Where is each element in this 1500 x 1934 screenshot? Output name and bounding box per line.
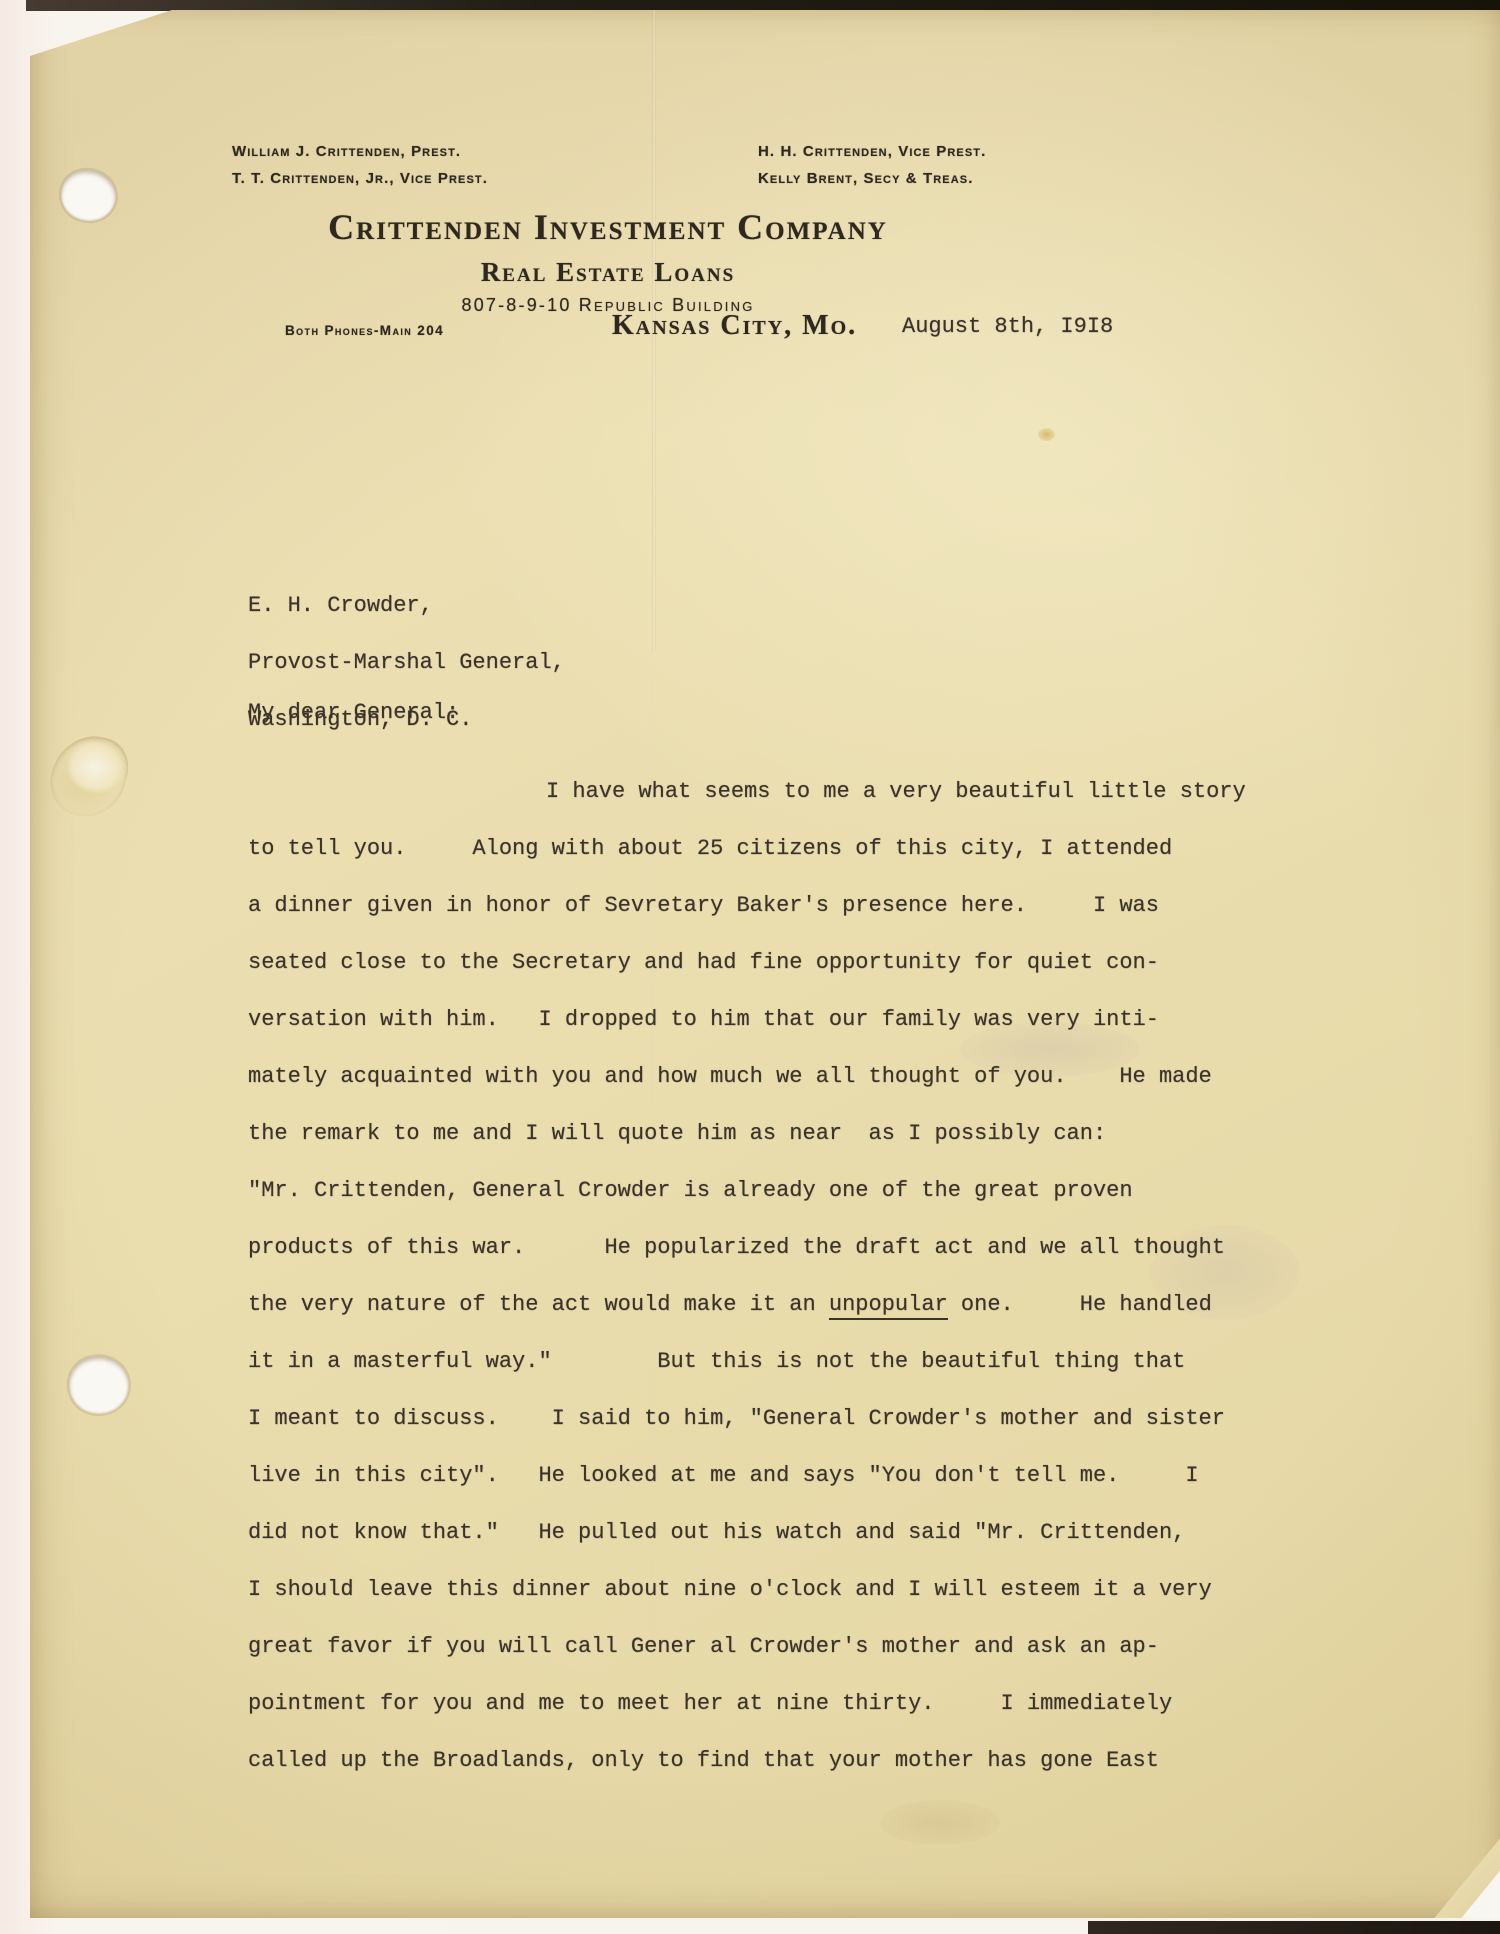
- body-line: I have what seems to me a very beautiful…: [248, 779, 1246, 836]
- typed-date: August 8th, I9I8: [902, 314, 1113, 339]
- letterhead-officers-left: William J. Crittenden, Prest.T. T. Critt…: [232, 138, 488, 192]
- body-line: a dinner given in honor of Sevretary Bak…: [248, 893, 1246, 950]
- officer-line: T. T. Crittenden, Jr., Vice Prest.: [232, 165, 488, 192]
- recipient-line: E. H. Crowder,: [248, 593, 565, 650]
- body-line: I meant to discuss. I said to him, "Gene…: [248, 1406, 1246, 1463]
- city-line: Kansas City, Mo.: [612, 310, 857, 342]
- scanned-letter-page: William J. Crittenden, Prest.T. T. Critt…: [0, 0, 1500, 1934]
- officer-line: H. H. Crittenden, Vice Prest.: [758, 138, 986, 165]
- letter-body: I have what seems to me a very beautiful…: [248, 779, 1246, 1805]
- punch-hole-top: [58, 166, 120, 224]
- officer-line: William J. Crittenden, Prest.: [232, 138, 488, 165]
- body-text: the very nature of the act would make it…: [248, 1292, 829, 1317]
- body-line: great favor if you will call Gener al Cr…: [248, 1634, 1246, 1691]
- body-line: called up the Broadlands, only to find t…: [248, 1748, 1246, 1805]
- officer-line: Kelly Brent, Secy & Treas.: [758, 165, 986, 192]
- body-line: products of this war. He popularized the…: [248, 1235, 1246, 1292]
- body-line: versation with him. I dropped to him tha…: [248, 1007, 1246, 1064]
- punch-hole-bottom: [66, 1353, 132, 1417]
- phones-line: Both Phones-Main 204: [285, 323, 444, 338]
- company-name: Crittenden Investment Company: [298, 206, 918, 248]
- body-line: mately acquainted with you and how much …: [248, 1064, 1246, 1121]
- recipient-block: E. H. Crowder,Provost-Marshal General,Wa…: [248, 543, 565, 807]
- underlined-word: unpopular: [829, 1292, 948, 1320]
- body-text: one. He handled: [948, 1292, 1212, 1317]
- body-line: seated close to the Secretary and had fi…: [248, 950, 1246, 1007]
- body-line: live in this city". He looked at me and …: [248, 1463, 1246, 1520]
- recipient-line: Provost-Marshal General,: [248, 650, 565, 707]
- body-line: did not know that." He pulled out his wa…: [248, 1520, 1246, 1577]
- business-line: Real Estate Loans: [298, 257, 918, 288]
- body-line: to tell you. Along with about 25 citizen…: [248, 836, 1246, 893]
- torn-spot: [43, 727, 135, 824]
- body-line: the remark to me and I will quote him as…: [248, 1121, 1246, 1178]
- body-line: it in a masterful way." But this is not …: [248, 1349, 1246, 1406]
- letter-paper: William J. Crittenden, Prest.T. T. Critt…: [30, 10, 1500, 1918]
- stain-spot: [1038, 428, 1055, 441]
- stain-spot: [880, 1800, 1000, 1845]
- scanner-backdrop-bottom-strip: [1088, 1921, 1500, 1934]
- body-line: I should leave this dinner about nine o'…: [248, 1577, 1246, 1634]
- recipient-lines: E. H. Crowder,Provost-Marshal General,Wa…: [248, 593, 565, 650]
- body-line: pointment for you and me to meet her at …: [248, 1691, 1246, 1748]
- body-line: the very nature of the act would make it…: [248, 1292, 1246, 1349]
- scanner-backdrop-top-strip: [26, 0, 1500, 11]
- body-line: "Mr. Crittenden, General Crowder is alre…: [248, 1178, 1246, 1235]
- letterhead-officers-right: H. H. Crittenden, Vice Prest.Kelly Brent…: [758, 138, 986, 192]
